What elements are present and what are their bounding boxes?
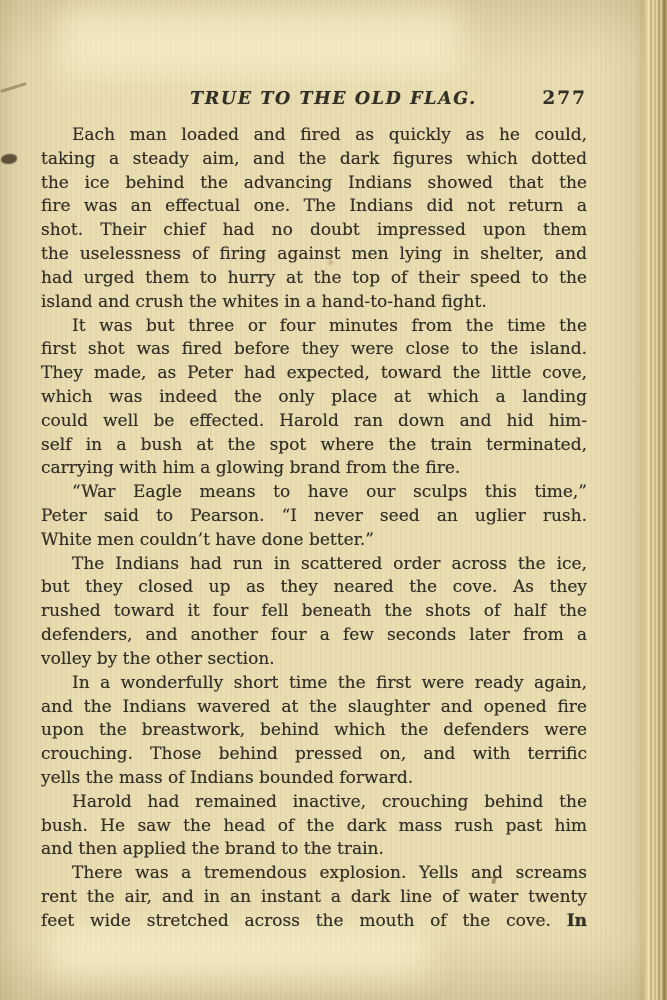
text-line: self in a bush at the spot where the tra… xyxy=(41,434,587,458)
text-line: carrying with him a glowing brand from t… xyxy=(41,457,587,481)
text-line: Harold had remained inactive, crouching … xyxy=(41,791,587,815)
text-line: “War Eagle means to have our sculps this… xyxy=(41,481,587,505)
paragraph: It was but three or four minutes from th… xyxy=(41,315,587,482)
text-line: volley by the other section. xyxy=(41,648,587,672)
text-line: shot. Their chief had no doubt impressed… xyxy=(41,219,587,243)
text-line: which was indeed the only place at which… xyxy=(41,386,587,410)
text-line: There was a tremendous explosion. Yells … xyxy=(41,862,587,886)
paragraph: “War Eagle means to have our sculps this… xyxy=(41,481,587,552)
text-line: could well be effected. Harold ran down … xyxy=(41,410,587,434)
running-header: TRUE TO THE OLD FLAG. 277 xyxy=(0,86,667,112)
catchword: In xyxy=(567,911,587,931)
text-line: rent the air, and in an instant a dark l… xyxy=(41,886,587,910)
text-line: rushed toward it four fell beneath the s… xyxy=(41,600,587,624)
page-number: 277 xyxy=(542,86,587,112)
text-line: and the Indians wavered at the slaughter… xyxy=(41,696,587,720)
text-line: had urged them to hurry at the top of th… xyxy=(41,267,587,291)
scan-light-band-bottom xyxy=(48,928,428,980)
text-line: island and crush the whites in a hand-to… xyxy=(41,291,587,315)
paragraph: In a wonderfully short time the first we… xyxy=(41,672,587,791)
paragraph: There was a tremendous explosion. Yells … xyxy=(41,862,587,933)
foxing-spot xyxy=(1,154,17,164)
paragraph: Each man loaded and fired as quickly as … xyxy=(41,124,587,315)
text-line: the ice behind the advancing Indians sho… xyxy=(41,172,587,196)
text-line: the uselessness of firing against men ly… xyxy=(41,243,587,267)
text-line: Each man loaded and fired as quickly as … xyxy=(41,124,587,148)
stacked-page-edges xyxy=(635,0,667,1000)
text-line: Peter said to Pearson. “I never seed an … xyxy=(41,505,587,529)
text-line: White men couldn’t have done better.” xyxy=(41,529,587,553)
text-line: In a wonderfully short time the first we… xyxy=(41,672,587,696)
scan-light-band-top xyxy=(60,6,460,74)
text-line: first shot was fired before they were cl… xyxy=(41,338,587,362)
text-line: fire was an effectual one. The Indians d… xyxy=(41,195,587,219)
text-line: feet wide stretched across the mouth of … xyxy=(41,910,587,934)
text-line: taking a steady aim, and the dark figure… xyxy=(41,148,587,172)
text-line: crouching. Those behind pressed on, and … xyxy=(41,743,587,767)
paragraph: Harold had remained inactive, crouching … xyxy=(41,791,587,862)
text-line: defenders, and another four a few second… xyxy=(41,624,587,648)
text-line: bush. He saw the head of the dark mass r… xyxy=(41,815,587,839)
text-line: but they closed up as they neared the co… xyxy=(41,576,587,600)
text-line: They made, as Peter had expected, toward… xyxy=(41,362,587,386)
book-page-scan: TRUE TO THE OLD FLAG. 277 Each man loade… xyxy=(0,0,667,1000)
text-line: and then applied the brand to the train. xyxy=(41,838,587,862)
text-line: It was but three or four minutes from th… xyxy=(41,315,587,339)
paragraph: The Indians had run in scattered order a… xyxy=(41,553,587,672)
page-body: Each man loaded and fired as quickly as … xyxy=(41,124,587,934)
text-line: upon the breastwork, behind which the de… xyxy=(41,719,587,743)
text-line: yells the mass of Indians bounded forwar… xyxy=(41,767,587,791)
text-line: The Indians had run in scattered order a… xyxy=(41,553,587,577)
